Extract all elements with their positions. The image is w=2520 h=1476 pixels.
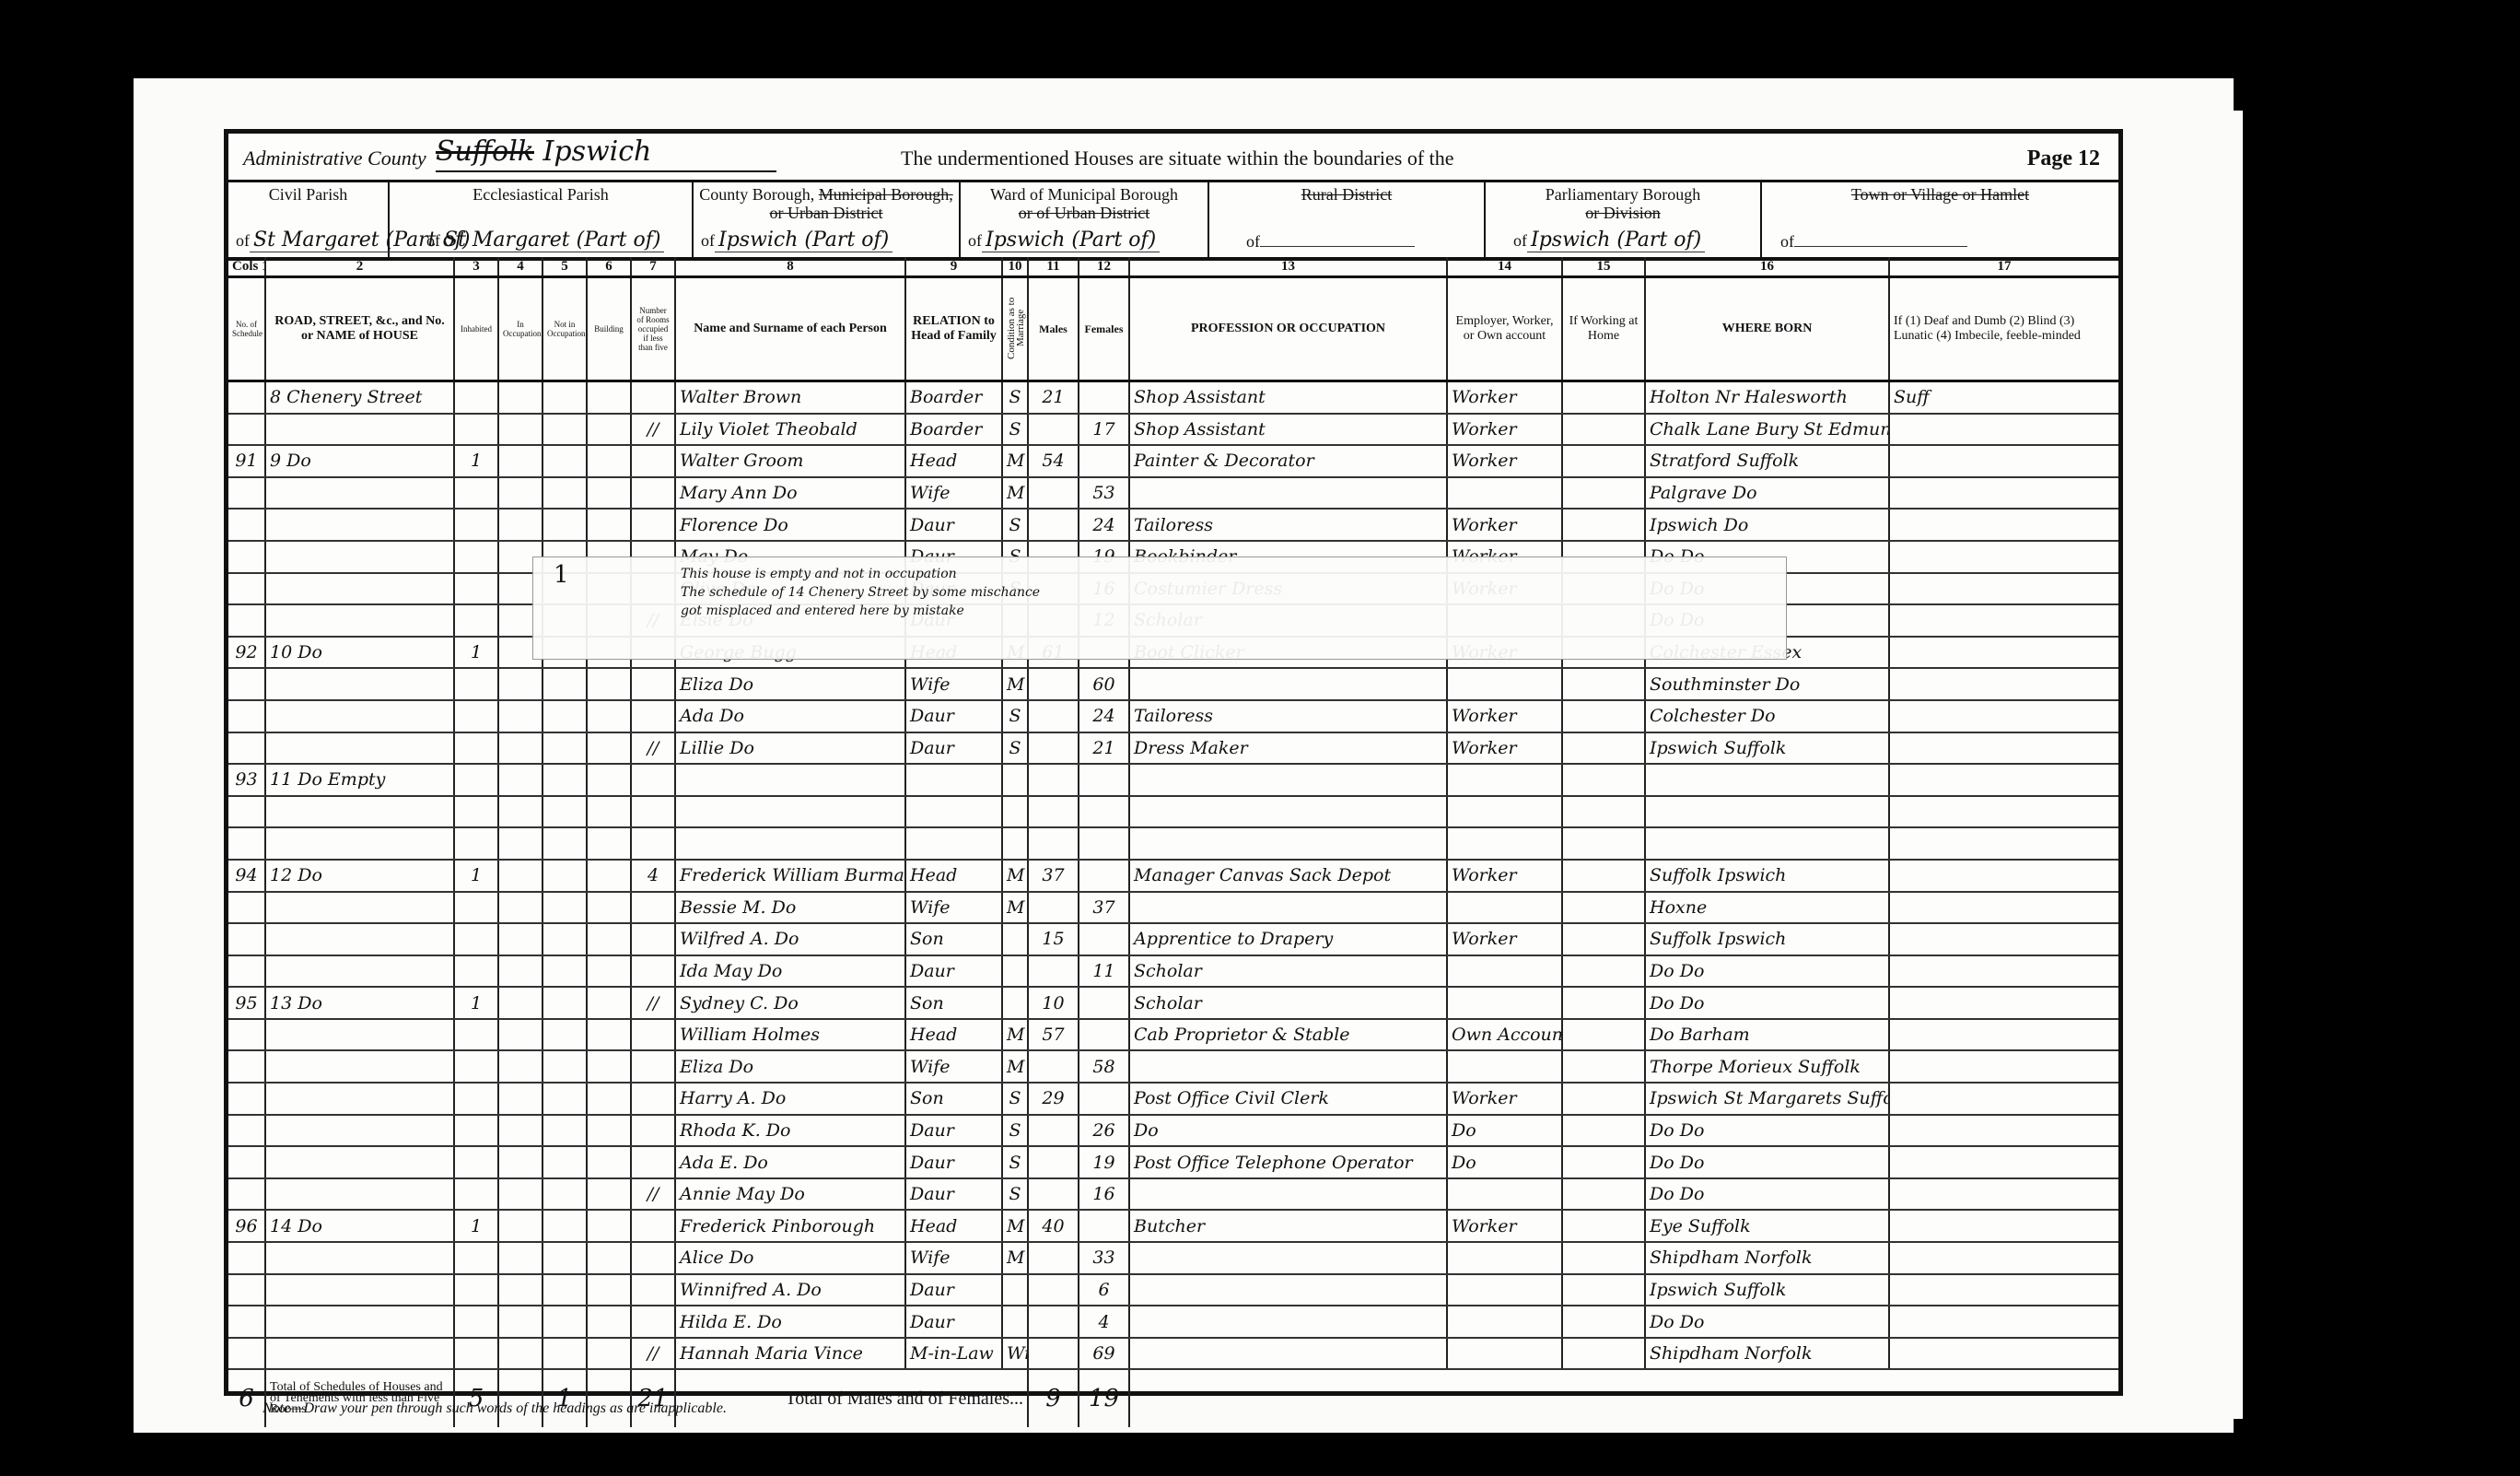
census-table: Cols 1234567891011121314151617 No. of Sc…: [228, 257, 2118, 1391]
building: [587, 827, 631, 860]
age-male: [1028, 1274, 1079, 1306]
not-in-occupation: [542, 1050, 587, 1083]
in-occupation: [498, 1210, 542, 1242]
age-male: [1028, 1146, 1079, 1178]
employment: [1447, 1274, 1562, 1306]
schedule-no: [228, 668, 265, 700]
in-occupation: [498, 732, 542, 765]
occupation: Apprentice to Drapery: [1129, 923, 1447, 955]
person-name: Wilfred A. Do: [675, 923, 905, 955]
in-occupation: [498, 668, 542, 700]
building: [587, 732, 631, 765]
working-at-home: [1562, 955, 1645, 988]
relation: Head: [905, 860, 1002, 892]
age-female: 21: [1079, 732, 1129, 765]
condition: [1002, 796, 1028, 828]
age-male: [1028, 509, 1079, 541]
relation: Head: [905, 445, 1002, 477]
infirmity: [1889, 445, 2118, 477]
not-in-occupation: [542, 827, 587, 860]
relation: Wife: [905, 1050, 1002, 1083]
birthplace: Palgrave Do: [1645, 477, 1889, 510]
administrative-county-label: Administrative County: [243, 146, 426, 170]
working-at-home: [1562, 764, 1645, 796]
table-row: Bessie M. DoWifeM37Hoxne: [228, 892, 2118, 924]
address: 10 Do: [265, 637, 454, 669]
table-row: William HolmesHeadM57Cab Proprietor & St…: [228, 1019, 2118, 1051]
working-at-home: [1562, 732, 1645, 765]
address: [265, 573, 454, 605]
infirmity: [1889, 1083, 2118, 1115]
birthplace: Do Do: [1645, 1146, 1889, 1178]
employment: [1447, 1242, 1562, 1274]
schedule-no: 95: [228, 987, 265, 1019]
area-county-borough: County Borough, Municipal Borough, or Ur…: [694, 180, 961, 257]
rooms: [631, 381, 675, 414]
building: [587, 1050, 631, 1083]
inhabited: [454, 764, 498, 796]
building: [587, 381, 631, 414]
address: [265, 477, 454, 510]
schedule-no: [228, 923, 265, 955]
relation: Daur: [905, 1274, 1002, 1306]
relation: Son: [905, 1083, 1002, 1115]
condition: [1002, 987, 1028, 1019]
infirmity: [1889, 1115, 2118, 1147]
not-in-occupation: [542, 796, 587, 828]
person-name: Frederick William Burman: [675, 860, 905, 892]
area-ecclesiastical-parish: Ecclesiastical Parish ofSt Margaret (Par…: [390, 180, 694, 257]
empty-house-mark: 1: [554, 561, 569, 589]
schedule-no: 94: [228, 860, 265, 892]
table-row: 8 Chenery StreetWalter BrownBoarderS21Sh…: [228, 381, 2118, 414]
schedule-no: 92: [228, 637, 265, 669]
age-female: [1079, 445, 1129, 477]
in-occupation: [498, 987, 542, 1019]
table-row: Winnifred A. DoDaur6Ipswich Suffolk: [228, 1274, 2118, 1306]
table-row: Florence DoDaurS24TailoressWorkerIpswich…: [228, 509, 2118, 541]
working-at-home: [1562, 987, 1645, 1019]
administrative-county-name: Ipswich: [543, 135, 652, 168]
condition: M: [1002, 477, 1028, 510]
header-employment: Employer, Worker, or Own account: [1447, 277, 1562, 381]
schedule-no: [228, 1146, 265, 1178]
relation: [905, 796, 1002, 828]
occupation: [1129, 1338, 1447, 1370]
administrative-county-value: Suffolk Ipswich: [436, 135, 776, 172]
employment: [1447, 1306, 1562, 1338]
address: [265, 1242, 454, 1274]
birthplace: Do Barham: [1645, 1019, 1889, 1051]
employment: [1447, 827, 1562, 860]
employment: Worker: [1447, 860, 1562, 892]
age-male: 57: [1028, 1019, 1079, 1051]
schedule-no: [228, 732, 265, 765]
condition: S: [1002, 414, 1028, 446]
schedule-no: [228, 1274, 265, 1306]
schedule-no: [228, 796, 265, 828]
infirmity: [1889, 1050, 2118, 1083]
not-in-occupation: [542, 892, 587, 924]
person-name: Ida May Do: [675, 955, 905, 988]
schedule-no: [228, 477, 265, 510]
birthplace: Do Do: [1645, 1178, 1889, 1211]
address: [265, 1019, 454, 1051]
table-row: Alice DoWifeM33Shipdham Norfolk: [228, 1242, 2118, 1274]
age-male: [1028, 1338, 1079, 1370]
table-row: Ida May DoDaur11ScholarDo Do: [228, 955, 2118, 988]
occupation: Scholar: [1129, 955, 1447, 988]
person-name: Winnifred A. Do: [675, 1274, 905, 1306]
empty-house-note-slip: 1 This house is empty and not in occupat…: [532, 556, 1787, 660]
inhabited: 1: [454, 987, 498, 1019]
schedule-no: [228, 573, 265, 605]
rooms: [631, 700, 675, 732]
employment: Do: [1447, 1146, 1562, 1178]
schedule-no: [228, 1083, 265, 1115]
working-at-home: [1562, 1019, 1645, 1051]
relation: Son: [905, 923, 1002, 955]
rooms: //: [631, 1338, 675, 1370]
person-name: Mary Ann Do: [675, 477, 905, 510]
address: [265, 1178, 454, 1211]
person-name: Eliza Do: [675, 668, 905, 700]
inhabited: [454, 1338, 498, 1370]
occupation: [1129, 1274, 1447, 1306]
condition: S: [1002, 1115, 1028, 1147]
table-row: Rhoda K. DoDaurS26DoDoDo Do: [228, 1115, 2118, 1147]
in-occupation: [498, 414, 542, 446]
building: [587, 860, 631, 892]
table-row: Harry A. DoSonS29Post Office Civil Clerk…: [228, 1083, 2118, 1115]
person-name: Rhoda K. Do: [675, 1115, 905, 1147]
table-row: 919 Do1Walter GroomHeadM54Painter & Deco…: [228, 445, 2118, 477]
address: [265, 509, 454, 541]
in-occupation: [498, 892, 542, 924]
relation: [905, 827, 1002, 860]
working-at-home: [1562, 796, 1645, 828]
schedule-no: [228, 381, 265, 414]
infirmity: [1889, 573, 2118, 605]
table-row: Eliza DoWifeM58Thorpe Morieux Suffolk: [228, 1050, 2118, 1083]
birthplace: Suffolk Ipswich: [1645, 923, 1889, 955]
inhabited: [454, 381, 498, 414]
infirmity: [1889, 764, 2118, 796]
occupation: Do: [1129, 1115, 1447, 1147]
condition: M: [1002, 1019, 1028, 1051]
table-row: Mary Ann DoWifeM53Palgrave Do: [228, 477, 2118, 510]
age-male: 10: [1028, 987, 1079, 1019]
not-in-occupation: [542, 1210, 587, 1242]
age-female: 17: [1079, 414, 1129, 446]
rooms: [631, 668, 675, 700]
schedule-no: [228, 1178, 265, 1211]
header-age-females: Females: [1079, 277, 1129, 381]
person-name: Bessie M. Do: [675, 892, 905, 924]
age-male: [1028, 1178, 1079, 1211]
birthplace: Colchester Do: [1645, 700, 1889, 732]
schedule-no: [228, 1115, 265, 1147]
table-row: Eliza DoWifeM60Southminster Do: [228, 668, 2118, 700]
header-schedule-no: No. of Schedule: [228, 277, 265, 381]
working-at-home: [1562, 860, 1645, 892]
person-name: Lily Violet Theobald: [675, 414, 905, 446]
rooms: [631, 1306, 675, 1338]
address: [265, 1306, 454, 1338]
occupation: Painter & Decorator: [1129, 445, 1447, 477]
birthplace: Shipdham Norfolk: [1645, 1242, 1889, 1274]
rooms: [631, 827, 675, 860]
age-female: 24: [1079, 700, 1129, 732]
inhabited: [454, 892, 498, 924]
age-male: [1028, 1050, 1079, 1083]
schedule-no: [228, 509, 265, 541]
occupation: [1129, 796, 1447, 828]
relation: Daur: [905, 732, 1002, 765]
occupation: [1129, 892, 1447, 924]
condition: M: [1002, 1050, 1028, 1083]
occupation: [1129, 668, 1447, 700]
age-male: [1028, 414, 1079, 446]
table-row: Ada DoDaurS24TailoressWorkerColchester D…: [228, 700, 2118, 732]
area-ward: Ward of Municipal Boroughor of Urban Dis…: [961, 180, 1209, 257]
form-header: Administrative County Suffolk Ipswich Th…: [228, 134, 2118, 182]
schedule-no: 93: [228, 764, 265, 796]
occupation: [1129, 1050, 1447, 1083]
infirmity: [1889, 700, 2118, 732]
rooms: //: [631, 414, 675, 446]
infirmity: [1889, 1146, 2118, 1178]
building: [587, 955, 631, 988]
condition: [1002, 1306, 1028, 1338]
infirmity: [1889, 987, 2118, 1019]
schedule-no: 96: [228, 1210, 265, 1242]
birthplace: Eye Suffolk: [1645, 1210, 1889, 1242]
occupation: [1129, 477, 1447, 510]
inhabited: [454, 1083, 498, 1115]
birthplace: Do Do: [1645, 1115, 1889, 1147]
inhabited: [454, 1178, 498, 1211]
schedule-no: [228, 1050, 265, 1083]
administrative-county-struck: Suffolk: [436, 135, 534, 168]
rooms: //: [631, 732, 675, 765]
occupation: Post Office Telephone Operator: [1129, 1146, 1447, 1178]
in-occupation: [498, 764, 542, 796]
inhabited: [454, 732, 498, 765]
infirmity: [1889, 1338, 2118, 1370]
occupation: Post Office Civil Clerk: [1129, 1083, 1447, 1115]
total-rooms: 21: [631, 1369, 675, 1427]
employment: [1447, 955, 1562, 988]
birthplace: Hoxne: [1645, 892, 1889, 924]
in-occupation: [498, 477, 542, 510]
condition: M: [1002, 445, 1028, 477]
working-at-home: [1562, 477, 1645, 510]
working-at-home: [1562, 1210, 1645, 1242]
address: [265, 541, 454, 573]
age-male: 15: [1028, 923, 1079, 955]
totals-row: 6 Total of Schedules of Houses and of Te…: [228, 1369, 2118, 1427]
infirmity: [1889, 1019, 2118, 1051]
not-in-occupation: [542, 1178, 587, 1211]
building: [587, 1274, 631, 1306]
condition: S: [1002, 1083, 1028, 1115]
inhabited: [454, 1146, 498, 1178]
page-margin-right: [2123, 111, 2243, 1419]
age-male: 29: [1028, 1083, 1079, 1115]
address: [265, 1146, 454, 1178]
age-female: 60: [1079, 668, 1129, 700]
person-name: Ada E. Do: [675, 1146, 905, 1178]
relation: [905, 764, 1002, 796]
building: [587, 1019, 631, 1051]
infirmity: [1889, 1242, 2118, 1274]
age-female: 26: [1079, 1115, 1129, 1147]
infirmity: [1889, 637, 2118, 669]
age-female: 33: [1079, 1242, 1129, 1274]
infirmity: [1889, 1178, 2118, 1211]
relation: Daur: [905, 1115, 1002, 1147]
table-row: Hilda E. DoDaur4Do Do: [228, 1306, 2118, 1338]
relation: Head: [905, 1210, 1002, 1242]
infirmity: [1889, 955, 2118, 988]
table-row: Ada E. DoDaurS19Post Office Telephone Op…: [228, 1146, 2118, 1178]
birthplace: Ipswich St Margarets Suffolk: [1645, 1083, 1889, 1115]
infirmity: [1889, 923, 2118, 955]
person-name: Hilda E. Do: [675, 1306, 905, 1338]
age-female: 37: [1079, 892, 1129, 924]
schedule-no: [228, 414, 265, 446]
inhabited: 1: [454, 445, 498, 477]
building: [587, 668, 631, 700]
census-rows: 8 Chenery StreetWalter BrownBoarderS21Sh…: [228, 381, 2118, 1370]
intro-text: The undermentioned Houses are situate wi…: [901, 146, 1454, 170]
working-at-home: [1562, 923, 1645, 955]
age-male: [1028, 955, 1079, 988]
not-in-occupation: [542, 732, 587, 765]
age-male: [1028, 477, 1079, 510]
building: [587, 1146, 631, 1178]
condition: [1002, 955, 1028, 988]
employment: [1447, 668, 1562, 700]
not-in-occupation: [542, 923, 587, 955]
working-at-home: [1562, 1338, 1645, 1370]
age-male: [1028, 1306, 1079, 1338]
address: 11 Do Empty: [265, 764, 454, 796]
header-condition: Condition as to Marriage: [1002, 277, 1028, 381]
building: [587, 1242, 631, 1274]
total-males: 9: [1028, 1369, 1079, 1427]
age-male: 54: [1028, 445, 1079, 477]
occupation: Butcher: [1129, 1210, 1447, 1242]
relation: Daur: [905, 955, 1002, 988]
condition: [1002, 827, 1028, 860]
age-female: [1079, 1083, 1129, 1115]
age-female: [1079, 923, 1129, 955]
header-address: ROAD, STREET, &c., and No. or NAME of HO…: [265, 277, 454, 381]
not-in-occupation: [542, 987, 587, 1019]
age-male: [1028, 1242, 1079, 1274]
not-in-occupation: [542, 1115, 587, 1147]
age-male: [1028, 668, 1079, 700]
person-name: Frederick Pinborough: [675, 1210, 905, 1242]
employment: [1447, 1338, 1562, 1370]
infirmity: [1889, 860, 2118, 892]
relation: Boarder: [905, 414, 1002, 446]
occupation: Shop Assistant: [1129, 414, 1447, 446]
building: [587, 796, 631, 828]
person-name: Hannah Maria Vince: [675, 1338, 905, 1370]
employment: [1447, 987, 1562, 1019]
not-in-occupation: [542, 509, 587, 541]
birthplace: Ipswich Do: [1645, 509, 1889, 541]
age-female: 16: [1079, 1178, 1129, 1211]
not-in-occupation: [542, 1019, 587, 1051]
infirmity: [1889, 414, 2118, 446]
age-female: [1079, 381, 1129, 414]
condition: S: [1002, 700, 1028, 732]
infirmity: [1889, 796, 2118, 828]
condition: M: [1002, 860, 1028, 892]
employment: Do: [1447, 1115, 1562, 1147]
birthplace: Southminster Do: [1645, 668, 1889, 700]
employment: Worker: [1447, 732, 1562, 765]
person-name: Ada Do: [675, 700, 905, 732]
relation: M-in-Law: [905, 1338, 1002, 1370]
area-boundaries: Civil Parish ofSt Margaret (Part of) Ecc…: [228, 180, 2118, 261]
address: 14 Do: [265, 1210, 454, 1242]
working-at-home: [1562, 414, 1645, 446]
header-working-at-home: If Working at Home: [1562, 277, 1645, 381]
total-persons-label: Total of Males and of Females...: [675, 1369, 1028, 1427]
working-at-home: [1562, 381, 1645, 414]
age-male: 21: [1028, 381, 1079, 414]
area-rural-district: Rural District of: [1209, 180, 1486, 257]
in-occupation: [498, 796, 542, 828]
person-name: Florence Do: [675, 509, 905, 541]
infirmity: [1889, 604, 2118, 637]
employment: Worker: [1447, 923, 1562, 955]
person-name: [675, 827, 905, 860]
employment: [1447, 1050, 1562, 1083]
table-row: [228, 796, 2118, 828]
occupation: Manager Canvas Sack Depot: [1129, 860, 1447, 892]
schedule-no: [228, 700, 265, 732]
footnote: Note—Draw your pen through such words of…: [262, 1400, 727, 1417]
infirmity: [1889, 477, 2118, 510]
in-occupation: [498, 955, 542, 988]
page-number: Page 12: [2027, 146, 2100, 171]
infirmity: [1889, 1274, 2118, 1306]
address: 8 Chenery Street: [265, 381, 454, 414]
total-not-in-occupation: 1: [542, 1369, 587, 1427]
employment: [1447, 1178, 1562, 1211]
address: [265, 604, 454, 637]
condition: M: [1002, 668, 1028, 700]
birthplace: Chalk Lane Bury St Edmunds: [1645, 414, 1889, 446]
in-occupation: [498, 509, 542, 541]
relation: Daur: [905, 700, 1002, 732]
working-at-home: [1562, 1178, 1645, 1211]
census-form: Administrative County Suffolk Ipswich Th…: [224, 129, 2123, 1396]
schedule-no: [228, 955, 265, 988]
person-name: [675, 796, 905, 828]
rooms: [631, 445, 675, 477]
relation: Daur: [905, 1306, 1002, 1338]
age-female: [1079, 1210, 1129, 1242]
in-occupation: [498, 827, 542, 860]
not-in-occupation: [542, 414, 587, 446]
